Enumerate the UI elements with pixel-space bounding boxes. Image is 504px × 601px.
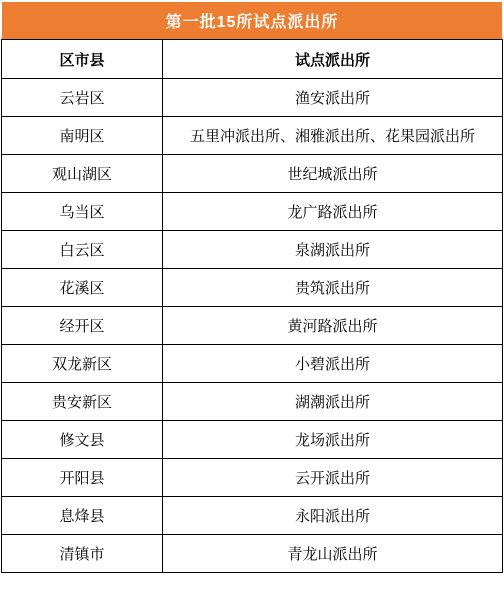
district-cell: 开阳县 — [2, 459, 163, 497]
district-cell: 经开区 — [2, 307, 163, 345]
table-row: 南明区 五里冲派出所、湘雅派出所、花果园派出所 — [2, 117, 503, 155]
stations-cell: 云开派出所 — [163, 459, 503, 497]
table-row: 白云区 泉湖派出所 — [2, 231, 503, 269]
stations-cell: 龙场派出所 — [163, 421, 503, 459]
district-cell: 息烽县 — [2, 497, 163, 535]
page: 第一批15所试点派出所 区市县 试点派出所 云岩区 渔安派出所 南明区 五里冲派… — [0, 0, 504, 601]
column-header-district: 区市县 — [2, 40, 163, 79]
table-row: 开阳县 云开派出所 — [2, 459, 503, 497]
district-cell: 花溪区 — [2, 269, 163, 307]
stations-cell: 贵筑派出所 — [163, 269, 503, 307]
table-row: 贵安新区 湖潮派出所 — [2, 383, 503, 421]
pilot-stations-table: 区市县 试点派出所 云岩区 渔安派出所 南明区 五里冲派出所、湘雅派出所、花果园… — [1, 39, 503, 573]
stations-cell: 泉湖派出所 — [163, 231, 503, 269]
table-row: 花溪区 贵筑派出所 — [2, 269, 503, 307]
table-row: 云岩区 渔安派出所 — [2, 79, 503, 117]
table-row: 修文县 龙场派出所 — [2, 421, 503, 459]
column-header-stations: 试点派出所 — [163, 40, 503, 79]
stations-cell: 湖潮派出所 — [163, 383, 503, 421]
table-header-row: 区市县 试点派出所 — [2, 40, 503, 79]
stations-cell: 黄河路派出所 — [163, 307, 503, 345]
district-cell: 南明区 — [2, 117, 163, 155]
district-cell: 贵安新区 — [2, 383, 163, 421]
district-cell: 观山湖区 — [2, 155, 163, 193]
stations-cell: 五里冲派出所、湘雅派出所、花果园派出所 — [163, 117, 503, 155]
stations-cell: 青龙山派出所 — [163, 535, 503, 573]
table-row: 双龙新区 小碧派出所 — [2, 345, 503, 383]
table-row: 清镇市 青龙山派出所 — [2, 535, 503, 573]
stations-cell: 永阳派出所 — [163, 497, 503, 535]
district-cell: 云岩区 — [2, 79, 163, 117]
district-cell: 修文县 — [2, 421, 163, 459]
page-title: 第一批15所试点派出所 — [166, 9, 339, 32]
table-row: 息烽县 永阳派出所 — [2, 497, 503, 535]
title-banner: 第一批15所试点派出所 — [2, 2, 502, 39]
stations-cell: 小碧派出所 — [163, 345, 503, 383]
table-row: 经开区 黄河路派出所 — [2, 307, 503, 345]
district-cell: 清镇市 — [2, 535, 163, 573]
stations-cell: 世纪城派出所 — [163, 155, 503, 193]
district-cell: 乌当区 — [2, 193, 163, 231]
stations-cell: 渔安派出所 — [163, 79, 503, 117]
district-cell: 白云区 — [2, 231, 163, 269]
table-row: 观山湖区 世纪城派出所 — [2, 155, 503, 193]
district-cell: 双龙新区 — [2, 345, 163, 383]
table-row: 乌当区 龙广路派出所 — [2, 193, 503, 231]
stations-cell: 龙广路派出所 — [163, 193, 503, 231]
table-body: 云岩区 渔安派出所 南明区 五里冲派出所、湘雅派出所、花果园派出所 观山湖区 世… — [2, 79, 503, 573]
